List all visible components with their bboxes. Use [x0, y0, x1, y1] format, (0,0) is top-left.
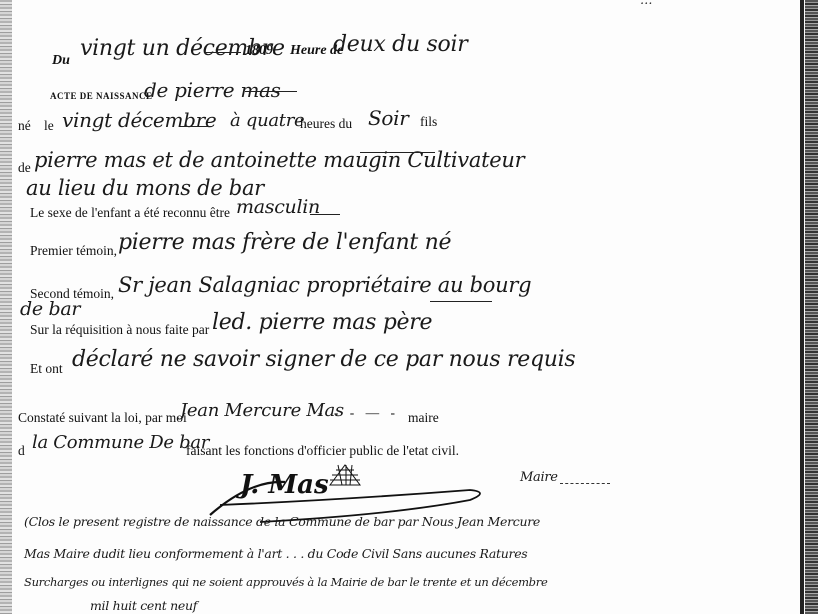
act-title-label: ACTE DE NAISSANCE: [50, 91, 153, 101]
header-prefix: Du: [52, 53, 70, 69]
signature-title-hand: Maire: [520, 470, 558, 485]
sex-value-hand: masculin: [236, 196, 320, 218]
act-title-name-hand: de pierre mas: [144, 78, 281, 102]
witness2-value-hand-line2: de bar: [20, 298, 80, 320]
witness2-underline: [430, 301, 492, 302]
attestation-commune-hand: la Commune De bar: [32, 432, 209, 453]
parents-line2-hand: au lieu du mons de bar: [26, 176, 264, 200]
marginal-note-line4: mil huit cent neuf: [90, 598, 197, 613]
attestation-label-maire: maire: [408, 410, 439, 426]
birth-label-fils: fils: [420, 114, 437, 130]
witness1-label: Premier témoin,: [30, 243, 117, 259]
birth-period-hand: Soir: [368, 106, 409, 130]
scan-binding-line: [800, 0, 804, 614]
parents-underline: [360, 152, 435, 153]
birth-date-hand: vingt décembre: [62, 108, 216, 132]
birth-label-heures: heures du: [300, 116, 352, 132]
top-cut-fragment: …: [640, 0, 652, 7]
declaration-value-hand: déclaré ne savoir signer de ce par nous …: [72, 347, 575, 372]
header-hour-hand: deux du soir: [333, 32, 467, 57]
marginal-note-line2: Mas Maire dudit lieu conformement à l'ar…: [24, 546, 527, 561]
signature-title-dash: [560, 483, 610, 484]
parents-line1-hand: pierre mas et de antoinette maugin Culti…: [34, 148, 524, 172]
attestation-label-functions: faisant les fonctions d'officier public …: [186, 443, 459, 459]
attestation-dashes: - - - — -: [318, 405, 399, 421]
header-year: 1809.: [245, 43, 277, 59]
attestation-label: Constaté suivant la loi, par moi: [18, 410, 187, 426]
parents-label-de: de: [18, 160, 31, 176]
birth-label-le: le: [44, 118, 54, 134]
birth-label-ne: né: [18, 118, 31, 134]
sex-dash: [310, 214, 340, 215]
declaration-label: Et ont: [30, 361, 63, 377]
sex-label: Le sexe de l'enfant a été reconnu être: [30, 205, 230, 221]
marginal-note-line1: (Clos le present registre de naissance d…: [24, 514, 540, 529]
header-dash: [205, 52, 241, 53]
requisition-label: Sur la réquisition à nous faite par: [30, 322, 209, 338]
requisition-value-hand: led. pierre mas père: [212, 310, 432, 335]
scan-left-edge: [0, 0, 12, 614]
birth-record-page: … Du vingt un décembre 1809. Heure de de…: [0, 0, 818, 614]
witness2-value-hand: Sr jean Salagniac propriétaire au bourg: [118, 273, 531, 297]
attestation-label-d: d: [18, 443, 25, 459]
act-title-dash: [245, 91, 297, 92]
witness1-value-hand: pierre mas frère de l'enfant né: [118, 230, 451, 255]
scan-right-edge: [805, 0, 818, 614]
birth-time-hand: à quatre: [230, 110, 304, 131]
birth-dash: [182, 126, 212, 127]
marginal-note-line3: Surcharges ou interlignes qui ne soient …: [24, 575, 547, 589]
